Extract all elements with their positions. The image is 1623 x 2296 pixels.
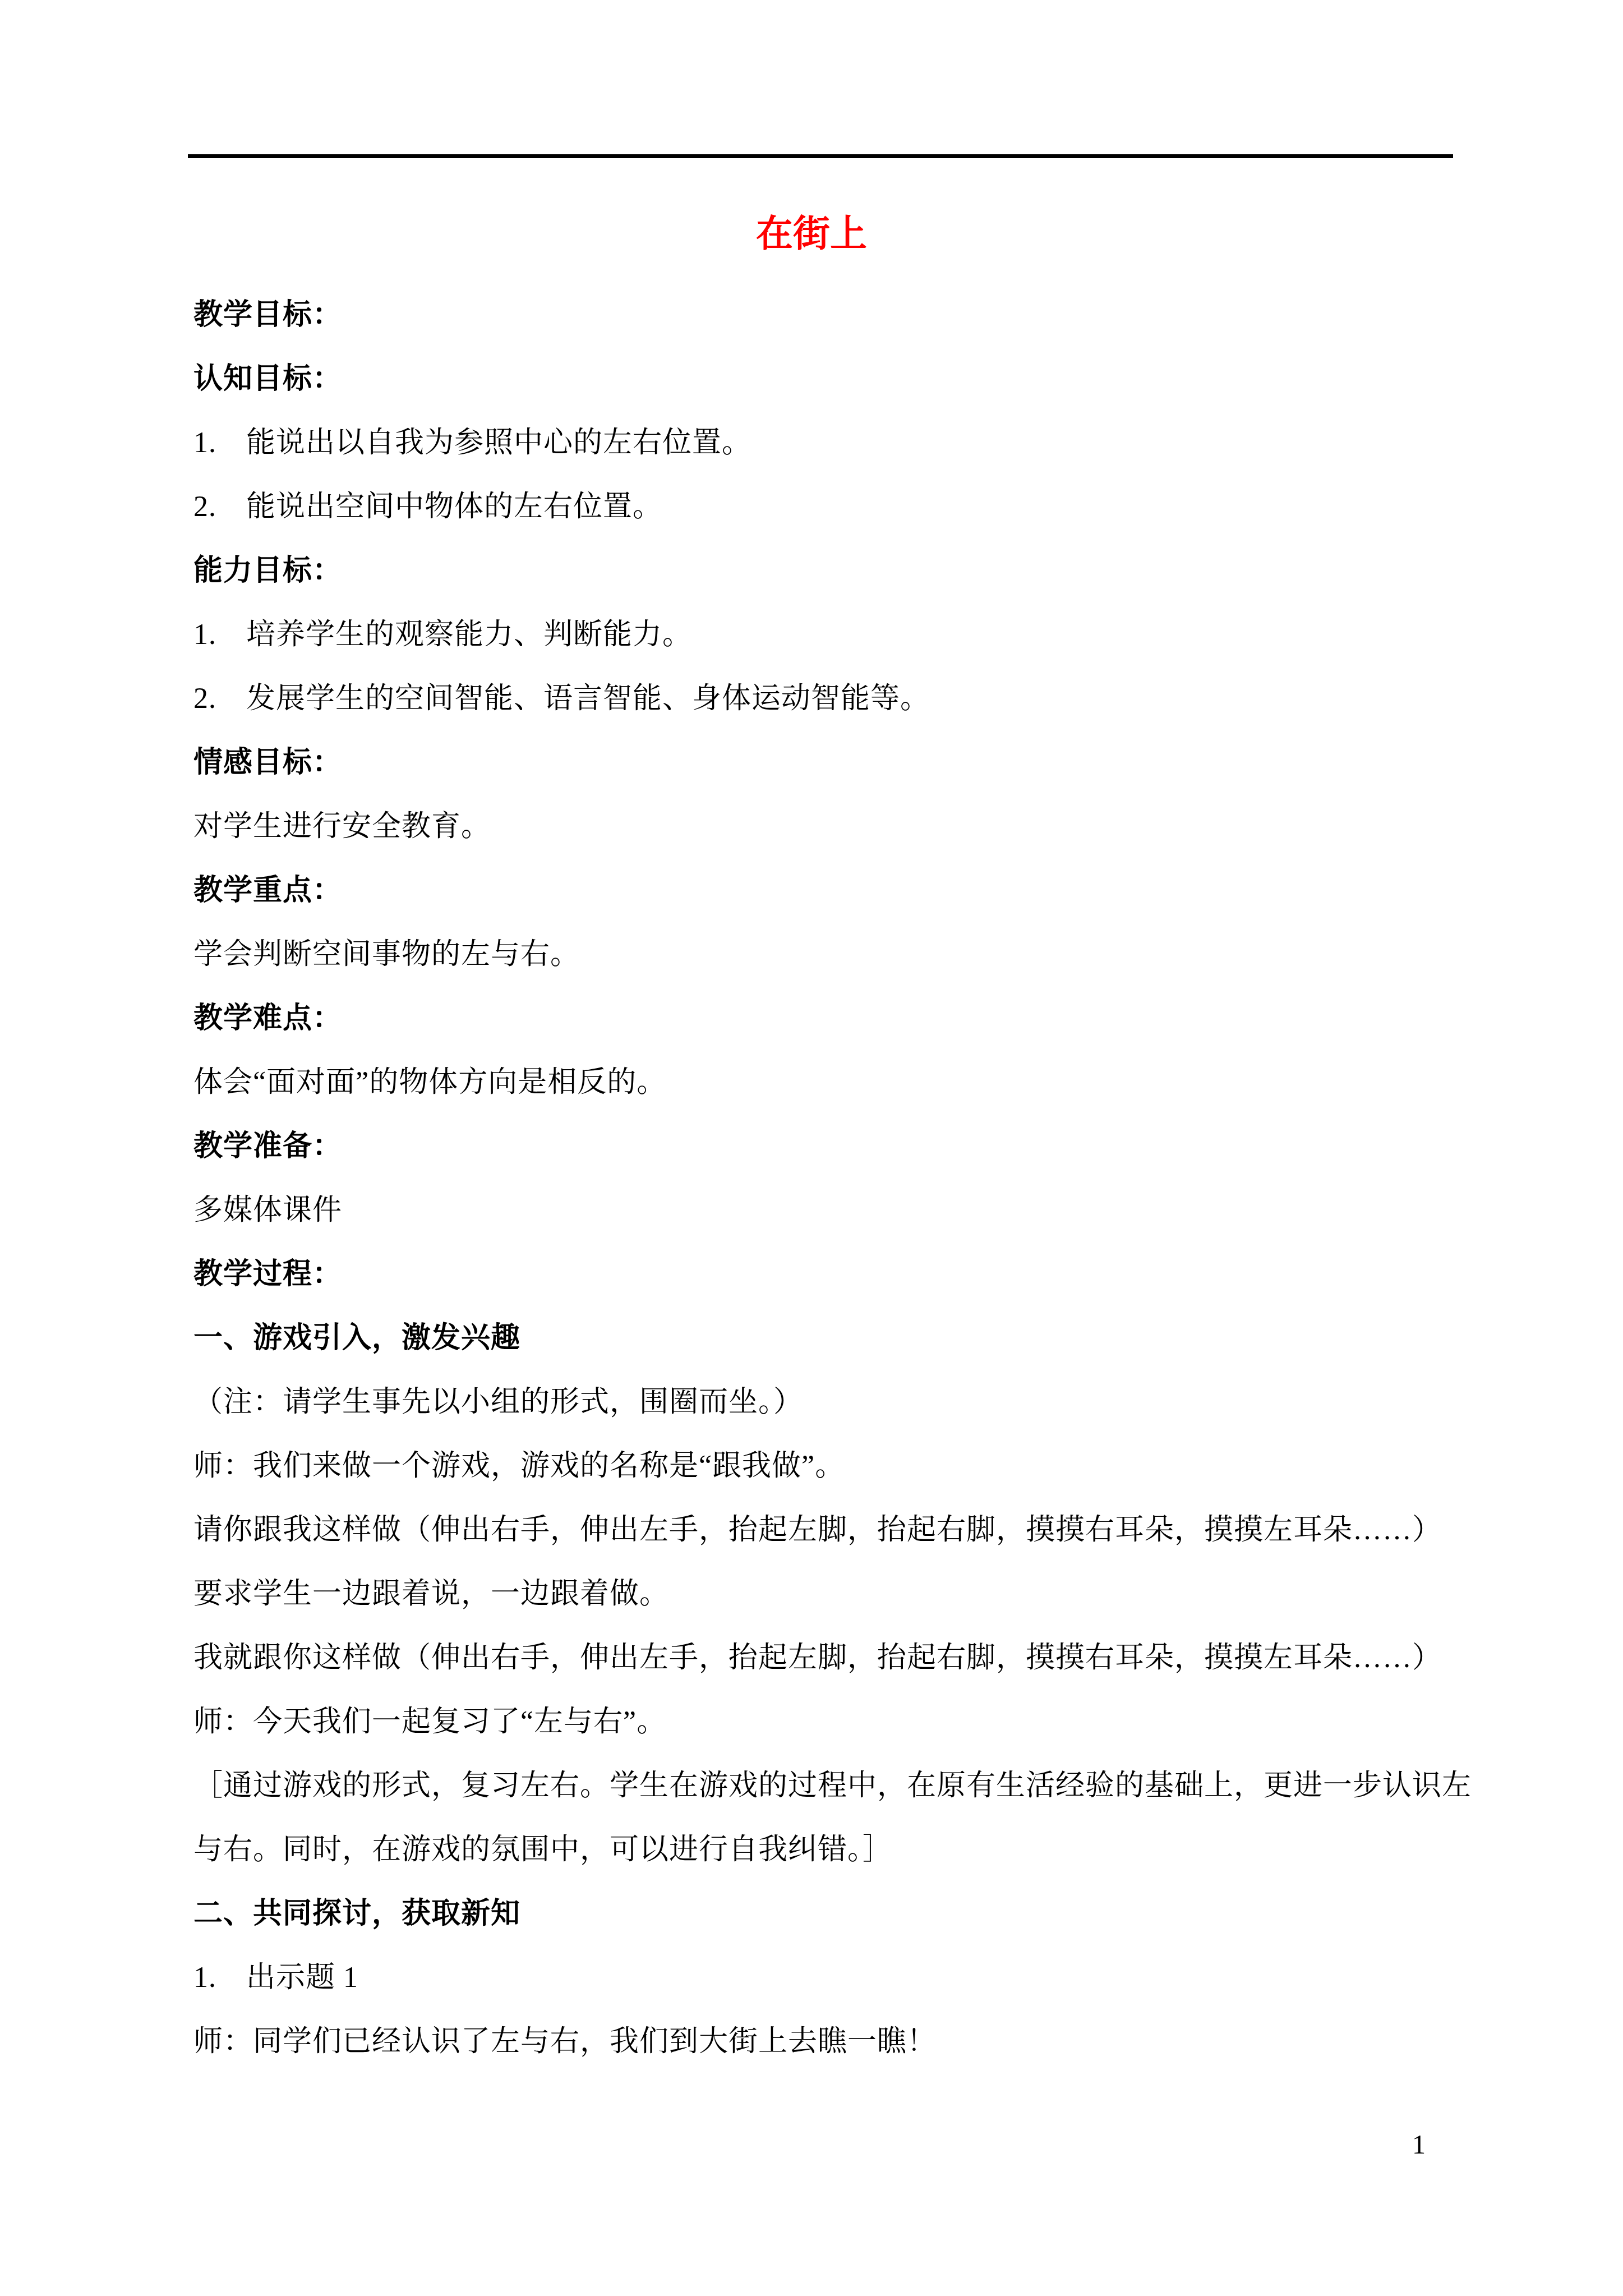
commentary-line-1: ［通过游戏的形式，复习左右。学生在游戏的过程中，在原有生活经验的基础上，更进一步… bbox=[193, 1770, 1472, 1802]
heading-teaching-focus: 教学重点： bbox=[193, 875, 342, 907]
emotional-objective-text: 对学生进行安全教育。 bbox=[193, 811, 491, 843]
ability-objective-item-2: 2. 发展学生的空间智能、语言智能、身体运动智能等。 bbox=[193, 683, 930, 715]
teacher-line-2: 师：今天我们一起复习了“左与右”。 bbox=[193, 1706, 666, 1738]
heading-emotional-objectives: 情感目标： bbox=[193, 747, 342, 779]
document-page: 在街上 教学目标： 认知目标： 1. 能说出以自我为参照中心的左右位置。 2. … bbox=[0, 0, 1623, 2296]
header-rule bbox=[188, 154, 1453, 158]
teaching-focus-text: 学会判断空间事物的左与右。 bbox=[193, 938, 580, 970]
commentary-line-2: 与右。同时，在游戏的氛围中，可以进行自我纠错。］ bbox=[193, 1834, 892, 1866]
game-requirement-line: 要求学生一边跟着说，一边跟着做。 bbox=[193, 1578, 669, 1610]
step-1-line: 1. 出示题 1 bbox=[193, 1962, 358, 1994]
teaching-preparation-text: 多媒体课件 bbox=[193, 1194, 342, 1226]
teacher-line-1: 师：我们来做一个游戏，游戏的名称是“跟我做”。 bbox=[193, 1450, 845, 1482]
heading-cognitive-objectives: 认知目标： bbox=[193, 363, 342, 395]
game-instruction-line-2: 我就跟你这样做（伸出右手，伸出左手，抬起左脚，抬起右脚，摸摸右耳朵，摸摸左耳朵…… bbox=[193, 1642, 1442, 1674]
page-number: 1 bbox=[1412, 2132, 1426, 2159]
note-line: （注：请学生事先以小组的形式，围圈而坐。） bbox=[193, 1386, 803, 1418]
heading-ability-objectives: 能力目标： bbox=[193, 555, 342, 587]
section-1-heading: 一、游戏引入，激发兴趣 bbox=[193, 1322, 520, 1354]
game-instruction-line-1: 请你跟我这样做（伸出右手，伸出左手，抬起左脚，抬起右脚，摸摸右耳朵，摸摸左耳朵…… bbox=[193, 1514, 1442, 1546]
teacher-line-3: 师：同学们已经认识了左与右，我们到大街上去瞧一瞧！ bbox=[193, 2026, 937, 2058]
document-title: 在街上 bbox=[0, 214, 1623, 255]
teaching-difficulty-text: 体会“面对面”的物体方向是相反的。 bbox=[193, 1066, 666, 1098]
cognitive-objective-item-2: 2. 能说出空间中物体的左右位置。 bbox=[193, 491, 662, 523]
heading-teaching-process: 教学过程： bbox=[193, 1258, 342, 1290]
ability-objective-item-1: 1. 培养学生的观察能力、判断能力。 bbox=[193, 619, 692, 651]
heading-teaching-preparation: 教学准备： bbox=[193, 1130, 342, 1162]
section-2-heading: 二、共同探讨，获取新知 bbox=[193, 1898, 520, 1930]
heading-teaching-objectives: 教学目标： bbox=[193, 299, 342, 331]
cognitive-objective-item-1: 1. 能说出以自我为参照中心的左右位置。 bbox=[193, 427, 751, 459]
heading-teaching-difficulty: 教学难点： bbox=[193, 1002, 342, 1034]
